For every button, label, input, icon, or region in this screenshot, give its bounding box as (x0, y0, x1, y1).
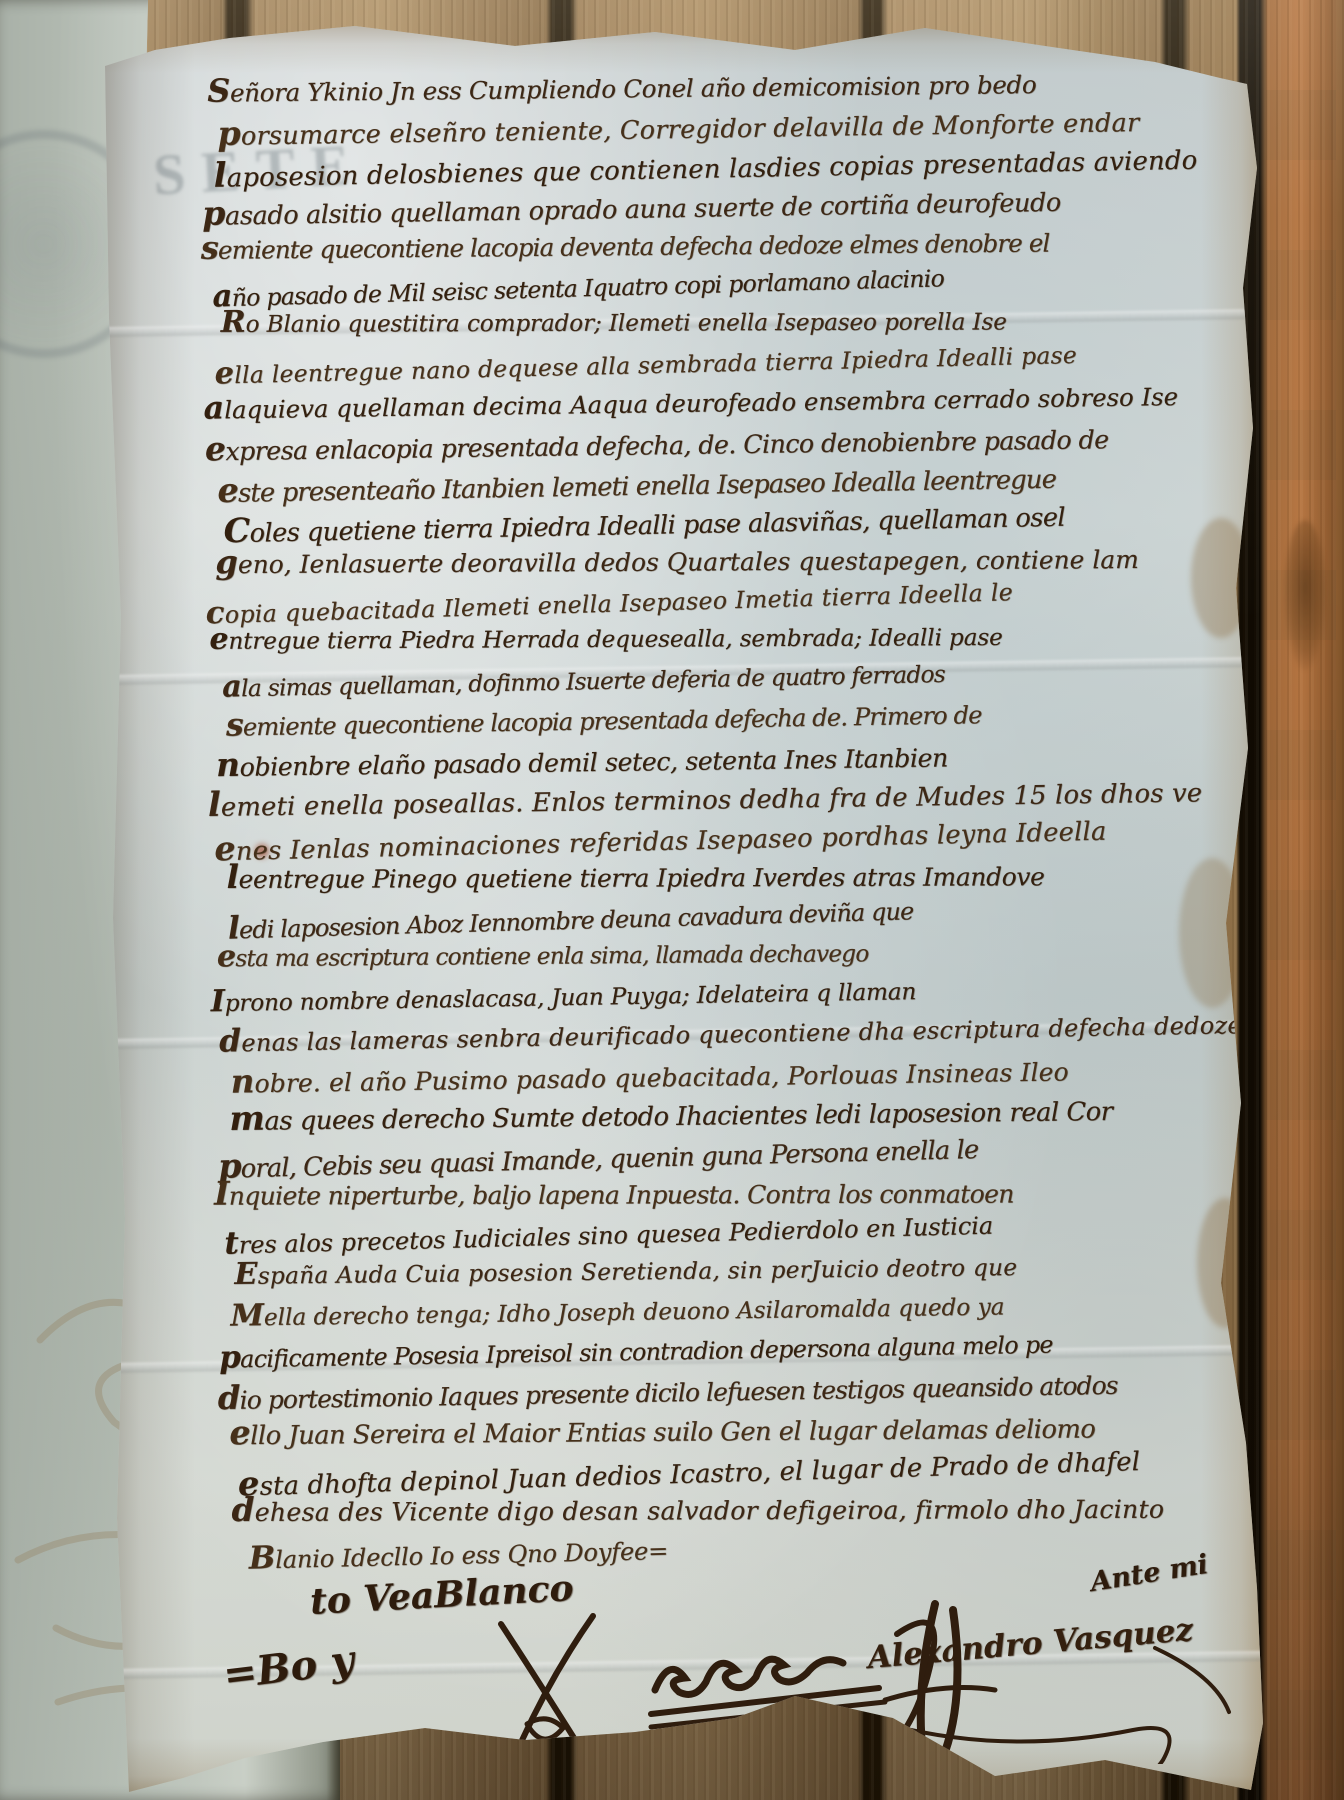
wood-knot (1284, 520, 1326, 670)
photo-scene: SETE Señora Ykinio Jn ess Cumpliendo Con… (0, 0, 1344, 1800)
manuscript-text: Señora Ykinio Jn ess Cumpliendo Conel añ… (207, 59, 1259, 1575)
wood-grain-streaks (1266, 0, 1336, 1800)
signature-alexandro-vasquez: Alexandro Vasquez (866, 1612, 1194, 1676)
manuscript-page: SETE Señora Ykinio Jn ess Cumpliendo Con… (95, 18, 1265, 1798)
signature-rubric-left: =Bo y (221, 1636, 357, 1699)
